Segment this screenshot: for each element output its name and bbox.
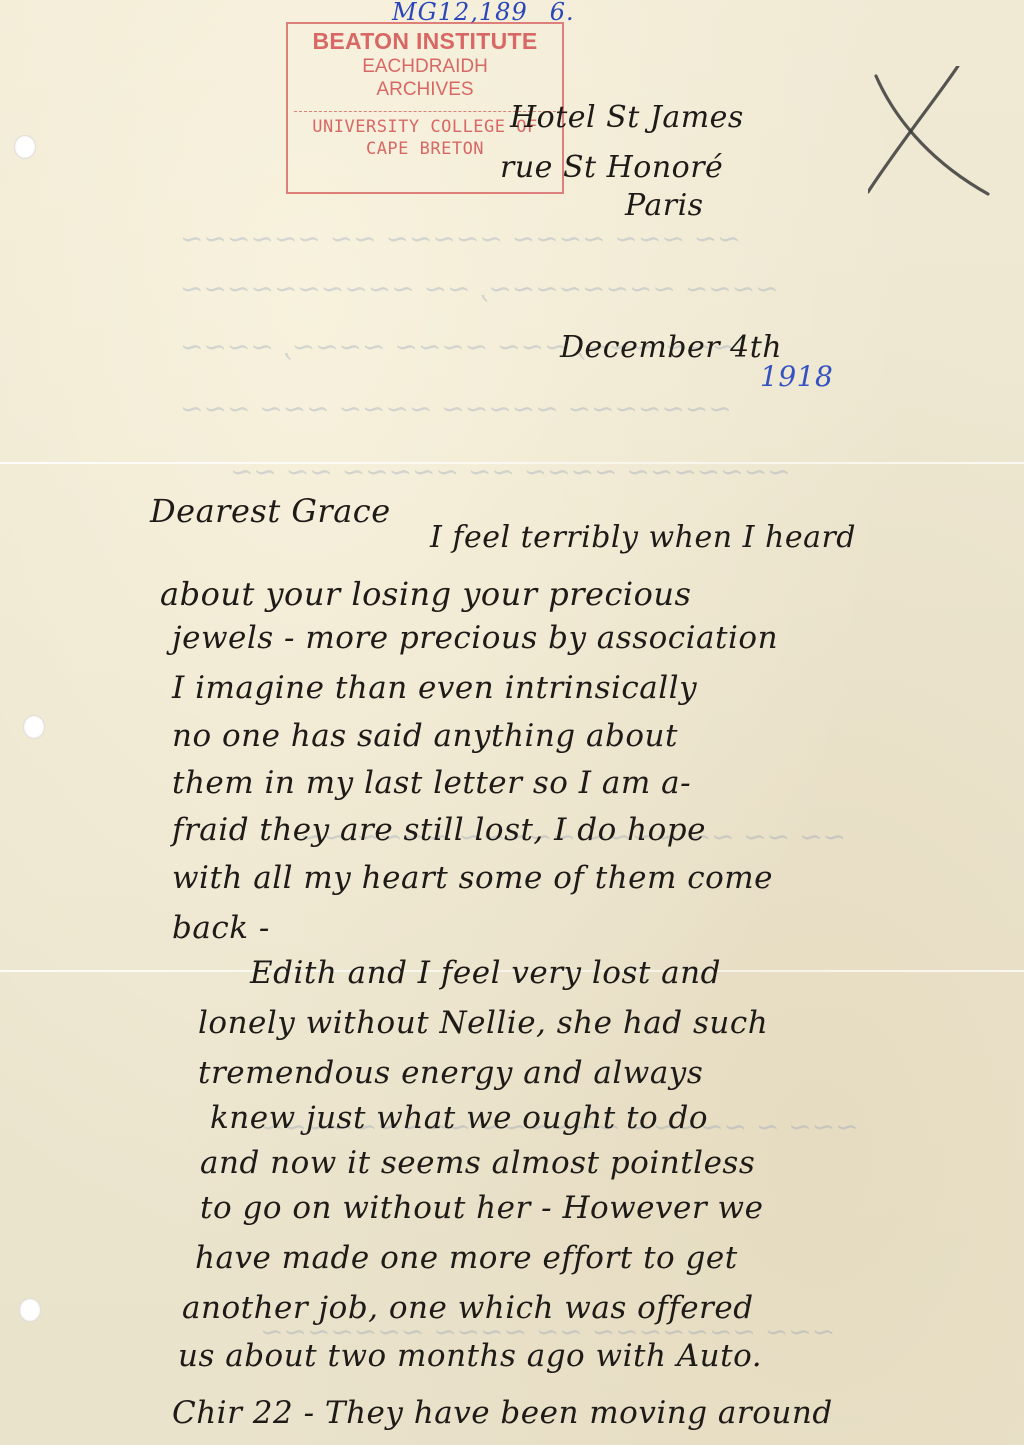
- stamp-institution: BEATON INSTITUTE: [288, 28, 562, 55]
- stamp-gaelic: EACHDRAIDH: [288, 55, 562, 78]
- body-line: and now it seems almost pointless: [200, 1145, 755, 1181]
- body-line: lonely without Nellie, she had such: [198, 1005, 768, 1041]
- body-line: fraid they are still lost, I do hope: [172, 812, 706, 848]
- punch-hole: [14, 135, 36, 159]
- body-line: about your losing your precious: [160, 575, 691, 613]
- bleed-through-text: ~~~~~~~ ~~~~ ~~ ~~~~~ ~~ ~~: [230, 455, 791, 488]
- fold-crease: [0, 462, 1024, 464]
- body-line: I feel terribly when I heard: [430, 520, 856, 555]
- body-line: back -: [172, 910, 270, 946]
- punch-hole: [23, 715, 45, 739]
- date-year: 1918: [760, 360, 833, 393]
- bleed-through-text: ~~~~ ~~~~~~~~, ~~ ~~~~~~~~~~: [180, 272, 779, 305]
- body-line: with all my heart some of them come: [172, 860, 773, 896]
- body-line: jewels - more precious by association: [172, 620, 778, 656]
- bleed-through-text: ~~ ~~~ ~~~~ ~~~~~ ~~ ~~~~~~: [180, 222, 741, 255]
- bleed-through-text: ~~~~~~~ ~~~~~ ~~~~ ~~~ ~~~: [180, 392, 732, 425]
- punch-hole: [19, 1298, 41, 1322]
- body-line: have made one more effort to get: [195, 1240, 738, 1276]
- body-line: no one has said anything about: [172, 718, 678, 754]
- address-line-2: rue St Honoré: [500, 150, 723, 185]
- body-line: them in my last letter so I am a-: [172, 765, 691, 801]
- salutation: Dearest Grace: [150, 492, 391, 530]
- body-line: tremendous energy and always: [198, 1055, 703, 1091]
- letter-page: ~~ ~~~ ~~~~ ~~~~~ ~~ ~~~~~~ ~~~~ ~~~~~~~…: [0, 0, 1024, 1445]
- body-line: Chir 22 - They have been moving around: [172, 1395, 833, 1431]
- address-line-1: Hotel St James: [510, 100, 744, 135]
- body-line: knew just what we ought to do: [210, 1100, 708, 1136]
- stamp-archives: ARCHIVES: [288, 78, 562, 101]
- body-line: I imagine than even intrinsically: [172, 670, 697, 706]
- body-line: us about two months ago with Auto.: [178, 1338, 762, 1374]
- body-line: to go on without her - However we: [200, 1190, 763, 1226]
- body-line: Edith and I feel very lost and: [250, 955, 721, 991]
- pencil-x-mark-icon: [868, 66, 998, 196]
- body-line: another job, one which was offered: [182, 1290, 754, 1326]
- date-day: December 4th: [560, 330, 782, 365]
- address-line-3: Paris: [625, 188, 704, 223]
